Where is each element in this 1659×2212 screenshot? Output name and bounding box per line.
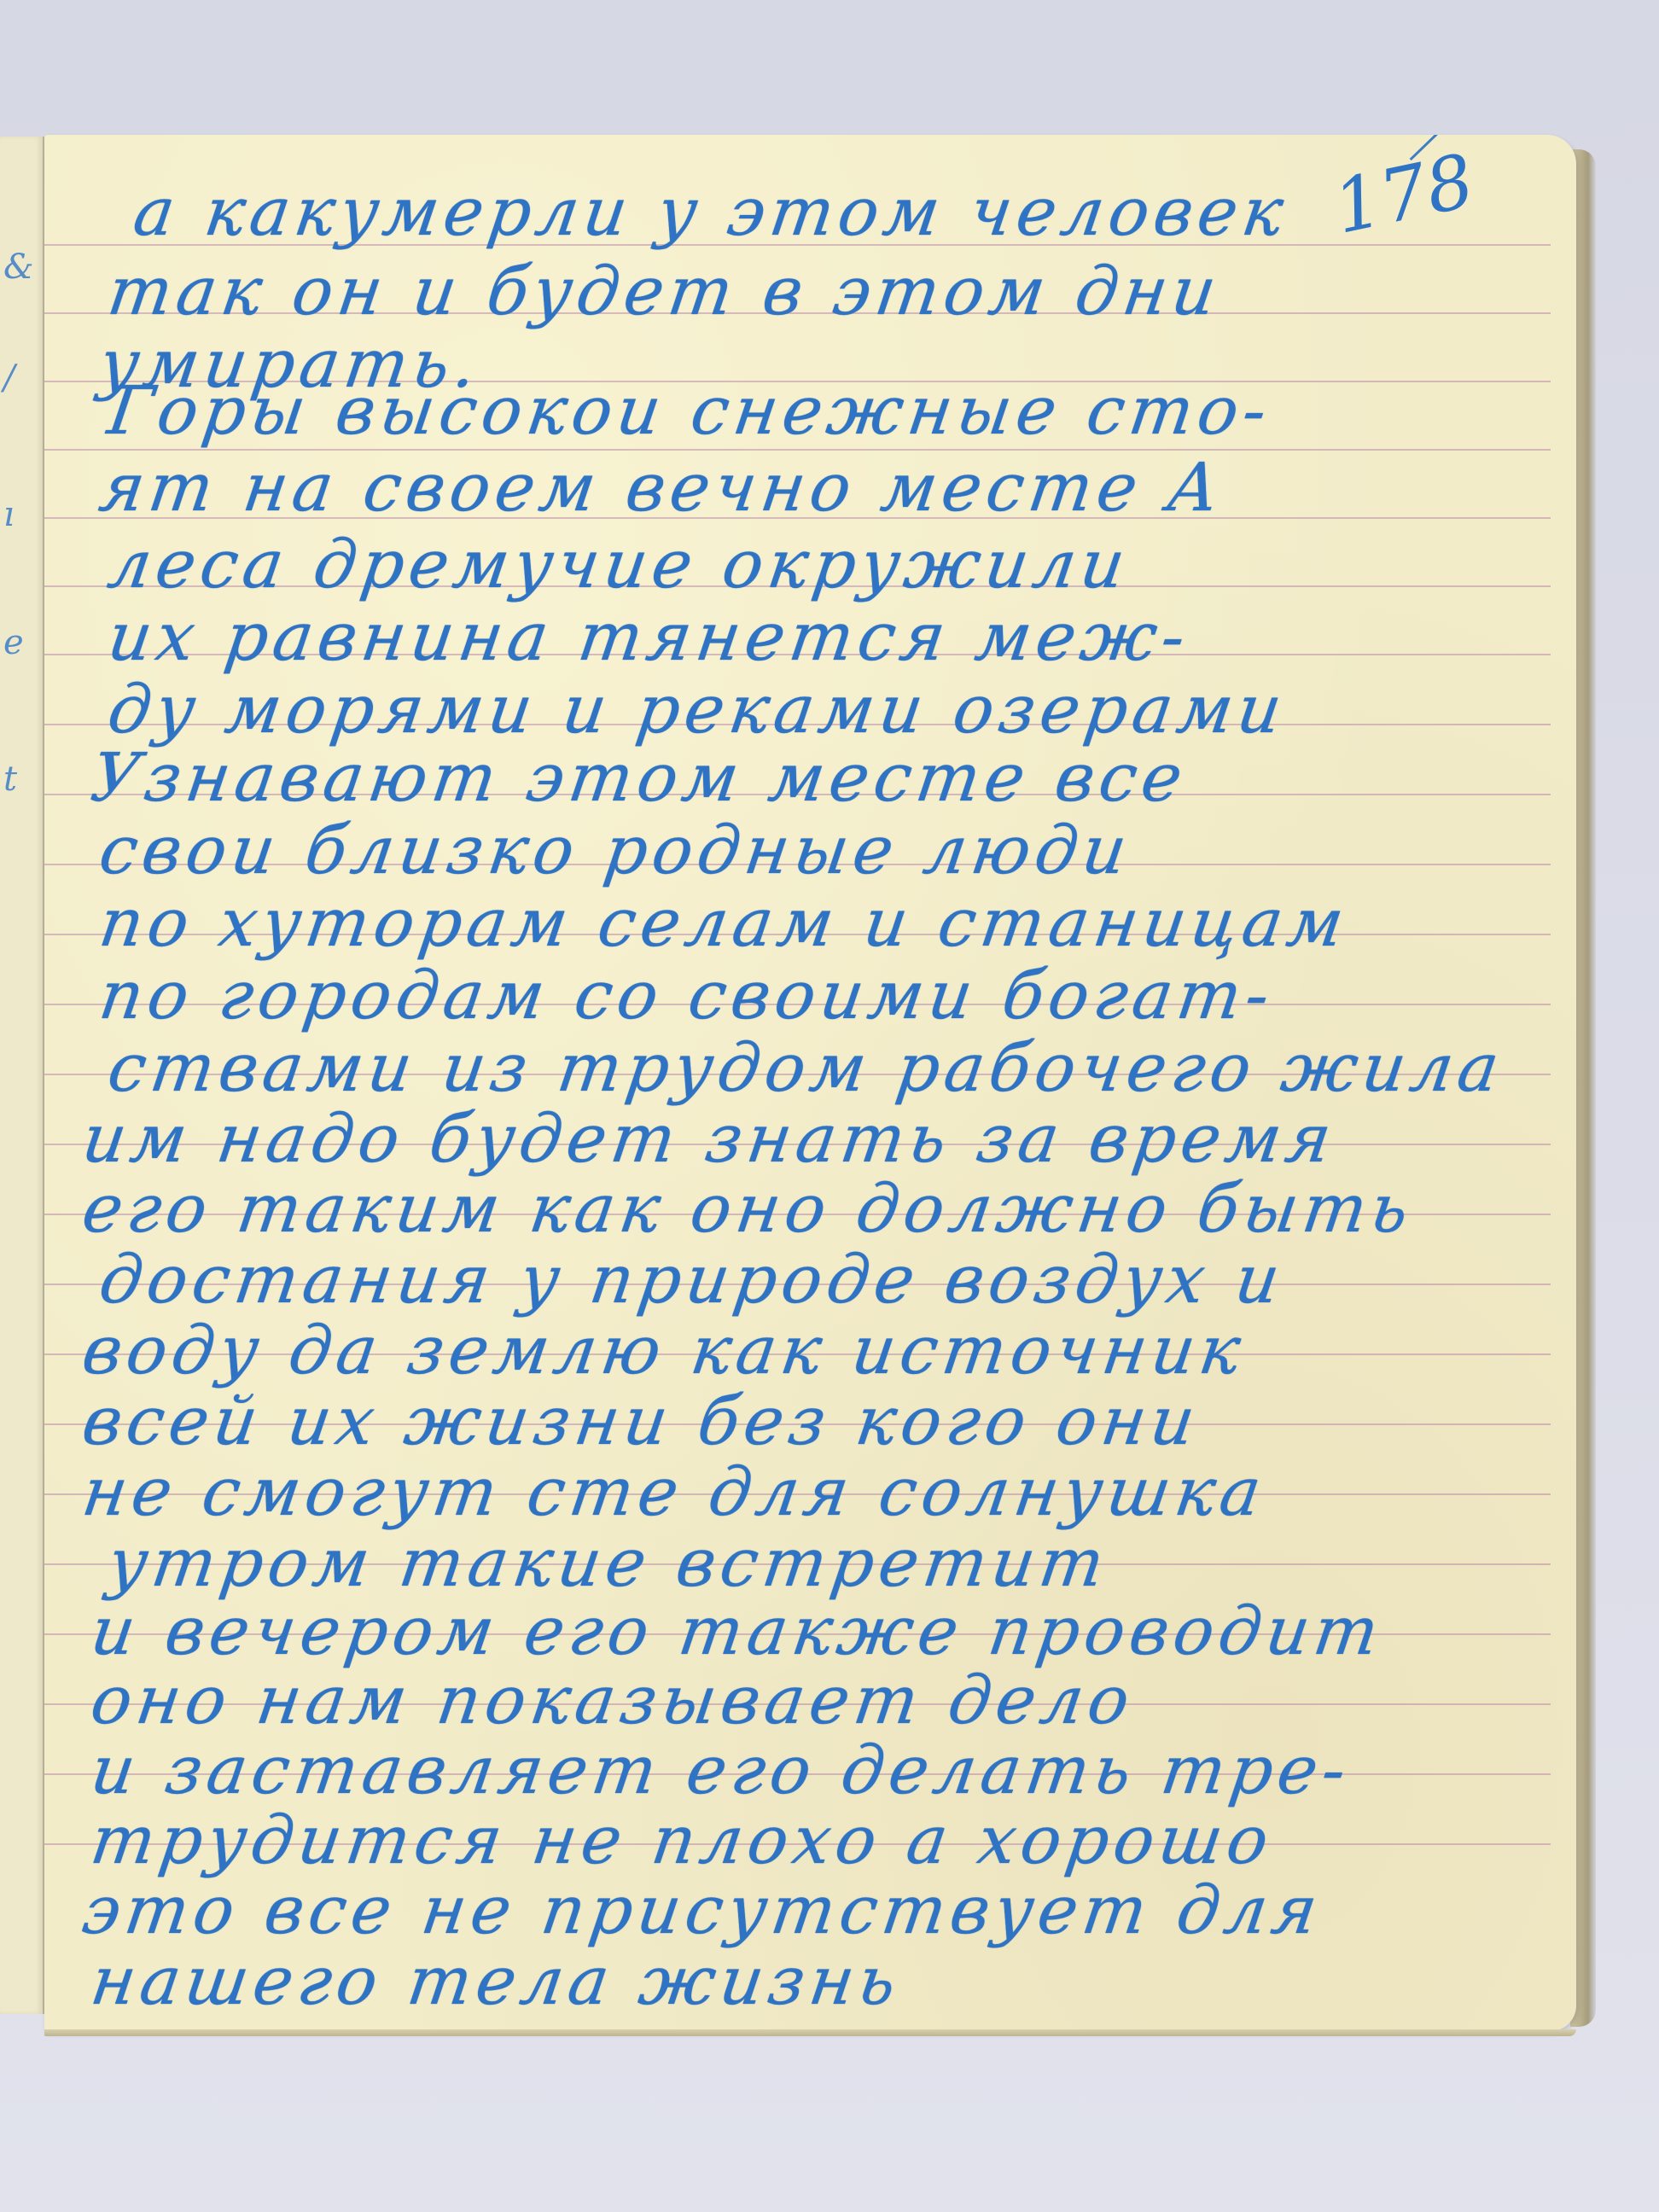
text-line: это все не присутствует для [79, 1877, 1326, 1944]
previous-page-edge: & / ı e t [0, 137, 44, 2014]
text-line: нашего тела жизнь [87, 1948, 905, 2015]
text-line: всей их жизни без кого они [79, 1388, 1203, 1455]
text-line: им надо будет знать за время [79, 1106, 1340, 1173]
text-line: воду да землю как источник [79, 1318, 1249, 1384]
text-line: не смогут сте для солнушка [79, 1459, 1270, 1526]
text-line: достания у природе воздух и [96, 1247, 1289, 1313]
prev-page-mark: & [3, 247, 34, 287]
text-line: ду морями и реками озерами [104, 677, 1290, 743]
prev-page-mark: ı [3, 495, 15, 534]
text-line: его таким как оно должно быть [79, 1176, 1417, 1243]
text-line: трудится не плохо а хорошо [87, 1807, 1278, 1874]
text-line: оно нам показывает дело [87, 1668, 1138, 1734]
prev-page-mark: t [3, 760, 17, 799]
text-line: свои близко родные люди [96, 818, 1136, 884]
text-line: ят на своем вечно месте А [96, 455, 1228, 521]
text-line: ствами из трудом рабочего жила [104, 1035, 1508, 1102]
text-line: их равнина тянется меж- [104, 604, 1194, 671]
prev-page-mark: e [3, 623, 24, 662]
text-line: Узнавают этом месте все [87, 745, 1191, 812]
page-number: 178 [1326, 138, 1481, 251]
page-bottom-edge [44, 2029, 1576, 2036]
text-line: леса дремучие окружили [104, 532, 1133, 598]
text-line: и вечером его также проводит [87, 1598, 1388, 1665]
text-line: утром такие встретит [104, 1530, 1113, 1597]
text-line: по хуторам селам и станицам [96, 890, 1353, 957]
text-line: так он и будет в этом дни [104, 259, 1225, 325]
text-line: а какумерли у этом человек [130, 179, 1292, 246]
notebook-page: 178 а какумерли у этом человек так он и … [44, 135, 1576, 2031]
text-line: и заставляет его делать тре- [87, 1738, 1355, 1804]
text-line: по городам со своими богат- [96, 963, 1278, 1029]
text-line: Горы высокои снежные сто- [104, 378, 1276, 445]
prev-page-mark: / [3, 358, 15, 398]
